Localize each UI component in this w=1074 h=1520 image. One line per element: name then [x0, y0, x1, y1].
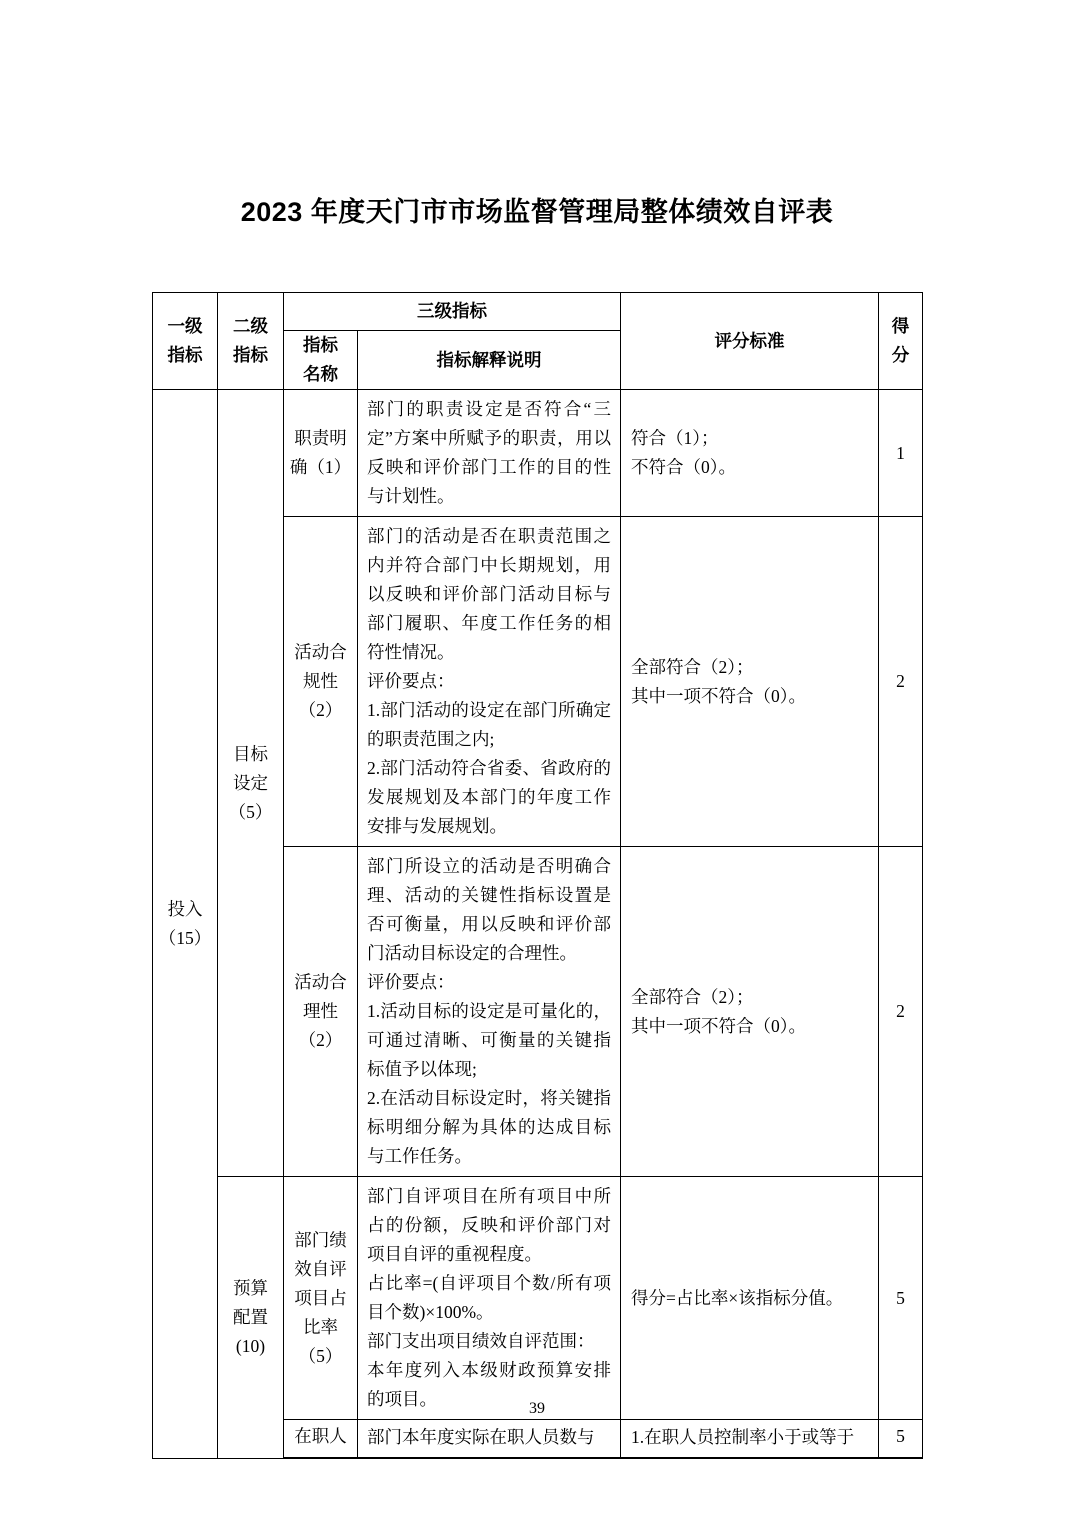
cell-explanation: 部门所设立的活动是否明确合理、活动的关键性指标设置是否可衡量，用以反映和评价部门… [358, 847, 621, 1177]
header-score: 得 分 [879, 293, 923, 390]
header-indicator-explanation: 指标解释说明 [358, 331, 621, 390]
page-number: 39 [0, 1400, 1074, 1418]
header-scoring-criteria: 评分标准 [621, 293, 879, 390]
table-header-row-1: 一级 指标 二级 指标 三级指标 评分标准 得 分 [153, 293, 923, 331]
cell-explanation: 部门自评项目在所有项目中所占的份额，反映和评价部门对项目自评的重视程度。 占比率… [358, 1177, 621, 1420]
cell-indicator-name: 在职人 [284, 1420, 358, 1459]
cell-indicator-name: 部门绩 效自评 项目占 比率 （5） [284, 1177, 358, 1420]
page-title: 2023 年度天门市市场监督管理局整体绩效自评表 [0, 190, 1074, 229]
cell-criteria: 符合（1）； 不符合（0）。 [621, 390, 879, 517]
cell-level1-indicator: 投入 （15） [153, 390, 218, 1459]
cell-explanation: 部门本年度实际在职人员数与 [358, 1420, 621, 1459]
cell-indicator-name: 职责明 确（1） [284, 390, 358, 517]
cell-explanation: 部门的职责设定是否符合“三定”方案中所赋予的职责，用以反映和评价部门工作的目的性… [358, 390, 621, 517]
evaluation-table: 一级 指标 二级 指标 三级指标 评分标准 得 分 指标 名称 指标解释说明 投… [152, 292, 923, 1459]
cell-criteria: 全部符合（2）； 其中一项不符合（0）。 [621, 847, 879, 1177]
cell-score: 2 [879, 847, 923, 1177]
header-level3-indicator: 三级指标 [284, 293, 621, 331]
table-row: 预算 配置 (10) 部门绩 效自评 项目占 比率 （5） 部门自评项目在所有项… [153, 1177, 923, 1420]
header-indicator-name: 指标 名称 [284, 331, 358, 390]
table-row: 投入 （15） 目标 设定 （5） 职责明 确（1） 部门的职责设定是否符合“三… [153, 390, 923, 517]
header-level1-indicator: 一级 指标 [153, 293, 218, 390]
cell-indicator-name: 活动合 规性 （2） [284, 517, 358, 847]
cell-score: 2 [879, 517, 923, 847]
cell-score: 5 [879, 1177, 923, 1420]
cell-level2-goal-setting: 目标 设定 （5） [218, 390, 284, 1177]
cell-indicator-name: 活动合 理性 （2） [284, 847, 358, 1177]
cell-criteria: 全部符合（2）； 其中一项不符合（0）。 [621, 517, 879, 847]
document-page: 2023 年度天门市市场监督管理局整体绩效自评表 一级 指标 二级 指标 三级指… [0, 0, 1074, 1520]
cell-criteria: 得分=占比率×该指标分值。 [621, 1177, 879, 1420]
cell-score: 1 [879, 390, 923, 517]
header-level2-indicator: 二级 指标 [218, 293, 284, 390]
cell-criteria: 1.在职人员控制率小于或等于 [621, 1420, 879, 1459]
cell-score: 5 [879, 1420, 923, 1459]
cell-explanation: 部门的活动是否在职责范围之内并符合部门中长期规划，用以反映和评价部门活动目标与部… [358, 517, 621, 847]
